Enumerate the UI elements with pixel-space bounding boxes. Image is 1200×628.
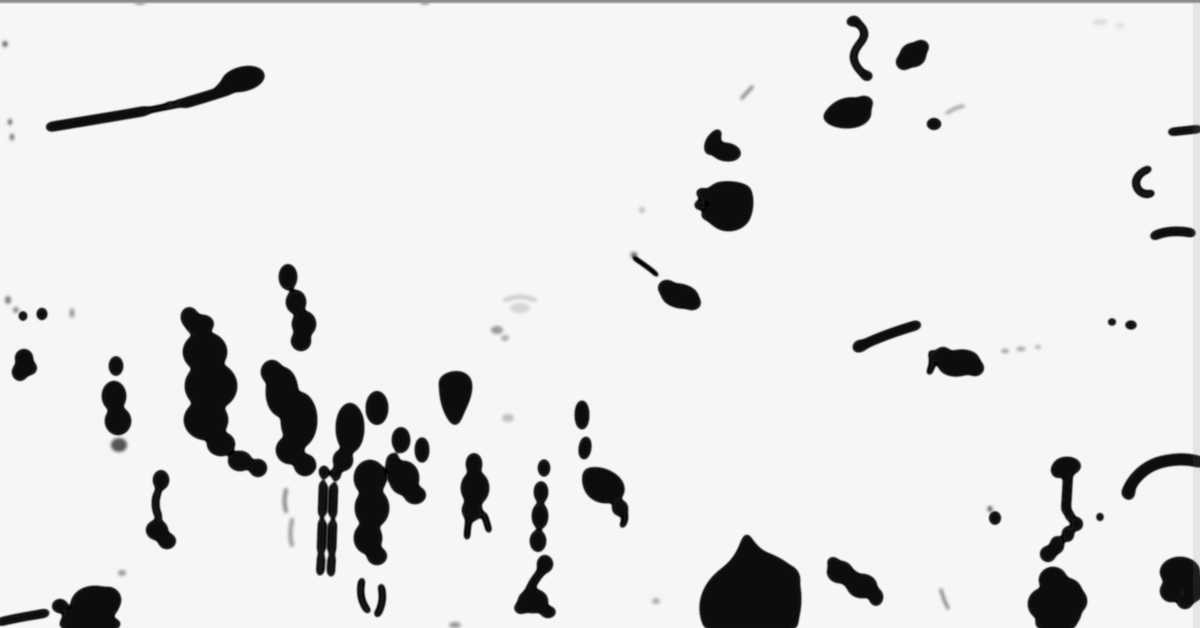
- ink-blob: [535, 482, 547, 502]
- ink-blob: [1124, 485, 1134, 499]
- faint-mark: [491, 326, 503, 334]
- ink-blob: [440, 374, 464, 390]
- ink-blob: [1178, 596, 1192, 608]
- ink-blob: [928, 119, 941, 129]
- ink-blob: [539, 460, 549, 476]
- ink-blob: [393, 428, 409, 452]
- ink-blob: [843, 571, 859, 587]
- ink-blob: [295, 455, 315, 475]
- ink-blob: [332, 468, 340, 480]
- ink-blob: [1097, 513, 1103, 521]
- ink-blob: [20, 312, 27, 321]
- ink-blob: [103, 382, 125, 410]
- right-edge-band: [1193, 0, 1200, 628]
- ink-blob: [935, 348, 951, 364]
- ink-blob: [337, 404, 363, 452]
- faint-mark: [111, 438, 127, 452]
- ink-blob: [208, 433, 234, 455]
- top-border-soft-line: [0, 3, 1200, 5]
- faint-mark: [652, 598, 660, 604]
- ink-blob: [167, 102, 173, 108]
- ink-blob: [154, 471, 168, 489]
- ink-blob: [320, 556, 321, 573]
- ink-blob: [416, 438, 428, 462]
- ink-blob: [332, 523, 333, 551]
- ink-blob: [280, 265, 296, 289]
- faint-mark: [70, 308, 75, 318]
- ink-blob: [1066, 476, 1068, 510]
- ink-blob: [229, 452, 251, 470]
- ink-blob: [159, 534, 175, 548]
- faint-mark: [291, 520, 293, 545]
- ink-blob: [331, 557, 332, 574]
- faint-mark: [13, 307, 19, 313]
- faint-mark: [639, 207, 645, 213]
- ink-blob: [217, 83, 231, 95]
- ink-blob: [697, 189, 707, 197]
- ink-blob: [53, 600, 67, 612]
- ink-blob: [367, 392, 387, 424]
- ink-blob: [176, 100, 182, 106]
- ink-blob: [463, 500, 481, 520]
- ink-blob: [856, 97, 872, 109]
- ink-blob: [914, 41, 928, 53]
- ink-blob: [967, 361, 983, 375]
- ink-blob: [368, 548, 386, 564]
- ink-blob: [702, 211, 712, 219]
- faint-mark: [1035, 345, 1041, 349]
- ink-blob: [1063, 527, 1073, 541]
- ink-blob: [320, 466, 328, 478]
- faint-mark: [502, 414, 514, 422]
- faint-mark: [510, 303, 530, 313]
- ink-blob: [292, 332, 310, 350]
- screenshot-canvas: [0, 0, 1200, 628]
- ink-blob: [334, 450, 352, 470]
- ink-blob: [695, 201, 705, 209]
- ink-blob: [862, 72, 872, 80]
- ink-blob: [828, 558, 838, 566]
- ink-blob: [684, 297, 700, 309]
- ink-blob: [1161, 581, 1181, 601]
- faint-mark: [1017, 347, 1026, 351]
- ink-blob: [897, 55, 911, 69]
- abstract-ink-image: [0, 0, 1200, 628]
- ink-blob: [106, 408, 130, 434]
- ink-blob: [356, 489, 388, 527]
- ink-blob: [659, 281, 675, 295]
- ink-blob: [467, 454, 481, 474]
- ink-blob: [1126, 322, 1137, 329]
- ink-blob: [1052, 463, 1064, 477]
- background: [0, 0, 1200, 628]
- faint-mark: [285, 490, 287, 511]
- ink-blob: [333, 486, 334, 515]
- ink-blob: [462, 472, 488, 504]
- ink-blob: [870, 589, 882, 605]
- ink-blob: [250, 460, 266, 476]
- faint-mark: [10, 134, 14, 141]
- faint-mark: [1001, 349, 1009, 353]
- ink-blob: [1067, 511, 1074, 521]
- ink-blob: [541, 607, 555, 617]
- faint-mark: [118, 570, 126, 576]
- ink-blob: [533, 504, 547, 528]
- faint-mark: [1115, 24, 1125, 29]
- ink-blob: [775, 566, 799, 594]
- faint-mark: [988, 506, 993, 512]
- ink-blob: [1072, 518, 1082, 530]
- ink-blob: [1041, 547, 1055, 561]
- ink-blob: [708, 134, 720, 150]
- faint-mark: [3, 41, 8, 47]
- ink-blob: [24, 362, 36, 374]
- ink-blob: [110, 357, 122, 375]
- ink-blob: [576, 401, 588, 429]
- ink-blob: [1068, 590, 1086, 612]
- ink-blob: [321, 522, 322, 550]
- ink-blob: [990, 512, 1000, 524]
- top-border-line: [0, 0, 1200, 3]
- faint-mark: [449, 622, 461, 628]
- faint-mark: [1092, 19, 1108, 25]
- ink-blob: [467, 518, 469, 538]
- faint-mark: [8, 119, 12, 125]
- ink-blob: [387, 454, 399, 474]
- faint-mark: [5, 296, 11, 304]
- ink-blob: [96, 588, 120, 612]
- ink-blob: [515, 603, 527, 613]
- ink-blob: [287, 291, 305, 313]
- ink-blob: [1108, 319, 1116, 325]
- ink-blob: [293, 312, 315, 336]
- ink-blob: [38, 309, 47, 320]
- ink-blob: [531, 531, 545, 551]
- ink-blob: [854, 341, 866, 351]
- ink-blob: [720, 572, 752, 612]
- faint-mark: [501, 335, 509, 341]
- ink-blob: [322, 484, 323, 514]
- ink-blob: [405, 487, 425, 503]
